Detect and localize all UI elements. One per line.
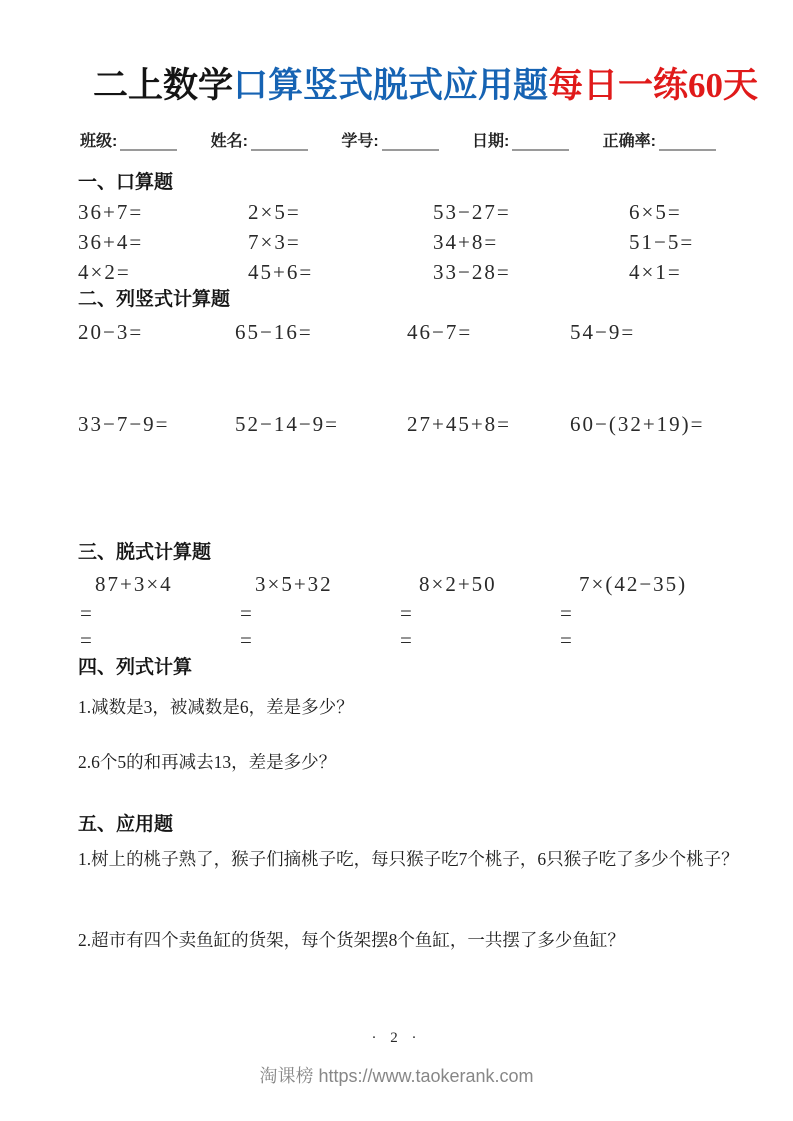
equals-sign: = [400,599,560,627]
math-problem: 2×5= [248,198,433,226]
student-info-row: 班级: 姓名: 学号: 日期: 正确率: [80,128,716,151]
math-problem: 27+45+8= [407,410,570,438]
vertical-row-1: 20−3= 65−16= 46−7= 54−9= [78,318,715,346]
oral-row-3: 4×2= 45+6= 33−28= 4×1= [78,258,715,286]
word-problem-2: 2.超市有四个卖鱼缸的货架，每个货架摆8个鱼缸，一共摆了多少鱼缸？ [78,928,625,953]
section-heading-vertical: 二、列竖式计算题 [78,287,230,313]
fill-blank-line [120,130,177,151]
watermark-text: 淘课榜 https://www.taokerank.com [0,1062,793,1088]
oral-row-1: 36+7= 2×5= 53−27= 6×5= [78,198,715,226]
equals-sign: = [80,599,240,627]
math-problem: 33−7−9= [78,410,235,438]
math-problem: 51−5= [629,228,715,256]
fill-blank-line [512,130,569,151]
equals-sign: = [560,599,715,627]
title-grade-subject: 二上数学 [93,66,233,105]
math-problem: 45+6= [248,258,433,286]
math-problem: 8×2+50 [419,570,579,598]
page-title: 二上数学口算竖式脱式应用题每日一练60天 [93,64,758,108]
info-label-name: 姓名: [211,128,248,151]
page-number: · 2 · [0,1030,793,1047]
section-heading-listing: 四、列式计算 [78,655,192,681]
worksheet-page: 二上数学口算竖式脱式应用题每日一练60天 班级: 姓名: 学号: 日期: 正确率… [0,0,793,1121]
math-problem: 7×3= [248,228,433,256]
info-label-accuracy: 正确率: [603,128,656,151]
section-heading-stepwise: 三、脱式计算题 [78,540,211,566]
info-field-class: 班级: [80,128,177,151]
stepwise-problems-row: 87+3×4 3×5+32 8×2+50 7×(42−35) [95,570,715,598]
info-field-date: 日期: [472,128,569,151]
info-label-student-id: 学号: [341,128,378,151]
fill-blank-line [659,130,716,151]
equals-sign: = [240,626,400,654]
vertical-row-2: 33−7−9= 52−14−9= 27+45+8= 60−(32+19)= [78,410,715,438]
word-problem-1: 1.树上的桃子熟了，猴子们摘桃子吃，每只猴子吃7个桃子，6只猴子吃了多少个桃子？ [78,847,739,872]
oral-row-2: 36+4= 7×3= 34+8= 51−5= [78,228,715,256]
info-label-date: 日期: [472,128,509,151]
listing-problem-1: 1.减数是3，被减数是6，差是多少？ [78,695,354,720]
section-heading-oral: 一、口算题 [78,170,173,196]
equals-sign: = [80,626,240,654]
fill-blank-line [382,130,439,151]
info-field-accuracy: 正确率: [603,128,716,151]
info-label-class: 班级: [80,128,117,151]
listing-problem-2: 2.6个5的和再减去13，差是多少？ [78,750,336,775]
math-problem: 36+4= [78,228,248,256]
stepwise-equals-row-1: = = = = [80,599,715,627]
math-problem: 3×5+32 [255,570,419,598]
equals-sign: = [240,599,400,627]
math-problem: 52−14−9= [235,410,407,438]
math-problem: 34+8= [433,228,629,256]
math-problem: 6×5= [629,198,715,226]
fill-blank-line [251,130,308,151]
math-problem: 53−27= [433,198,629,226]
math-problem: 4×2= [78,258,248,286]
equals-sign: = [560,626,715,654]
math-problem: 54−9= [570,318,715,346]
equals-sign: = [400,626,560,654]
math-problem: 20−3= [78,318,235,346]
section-heading-word: 五、应用题 [78,812,173,838]
math-problem: 65−16= [235,318,407,346]
title-series: 每日一练60天 [548,66,758,105]
math-problem: 60−(32+19)= [570,410,715,438]
math-problem: 33−28= [433,258,629,286]
math-problem: 7×(42−35) [579,570,715,598]
info-field-name: 姓名: [211,128,308,151]
math-problem: 87+3×4 [95,570,255,598]
math-problem: 4×1= [629,258,715,286]
title-topic: 口算竖式脱式应用题 [233,66,548,105]
stepwise-equals-row-2: = = = = [80,626,715,654]
math-problem: 46−7= [407,318,570,346]
info-field-student-id: 学号: [341,128,438,151]
math-problem: 36+7= [78,198,248,226]
